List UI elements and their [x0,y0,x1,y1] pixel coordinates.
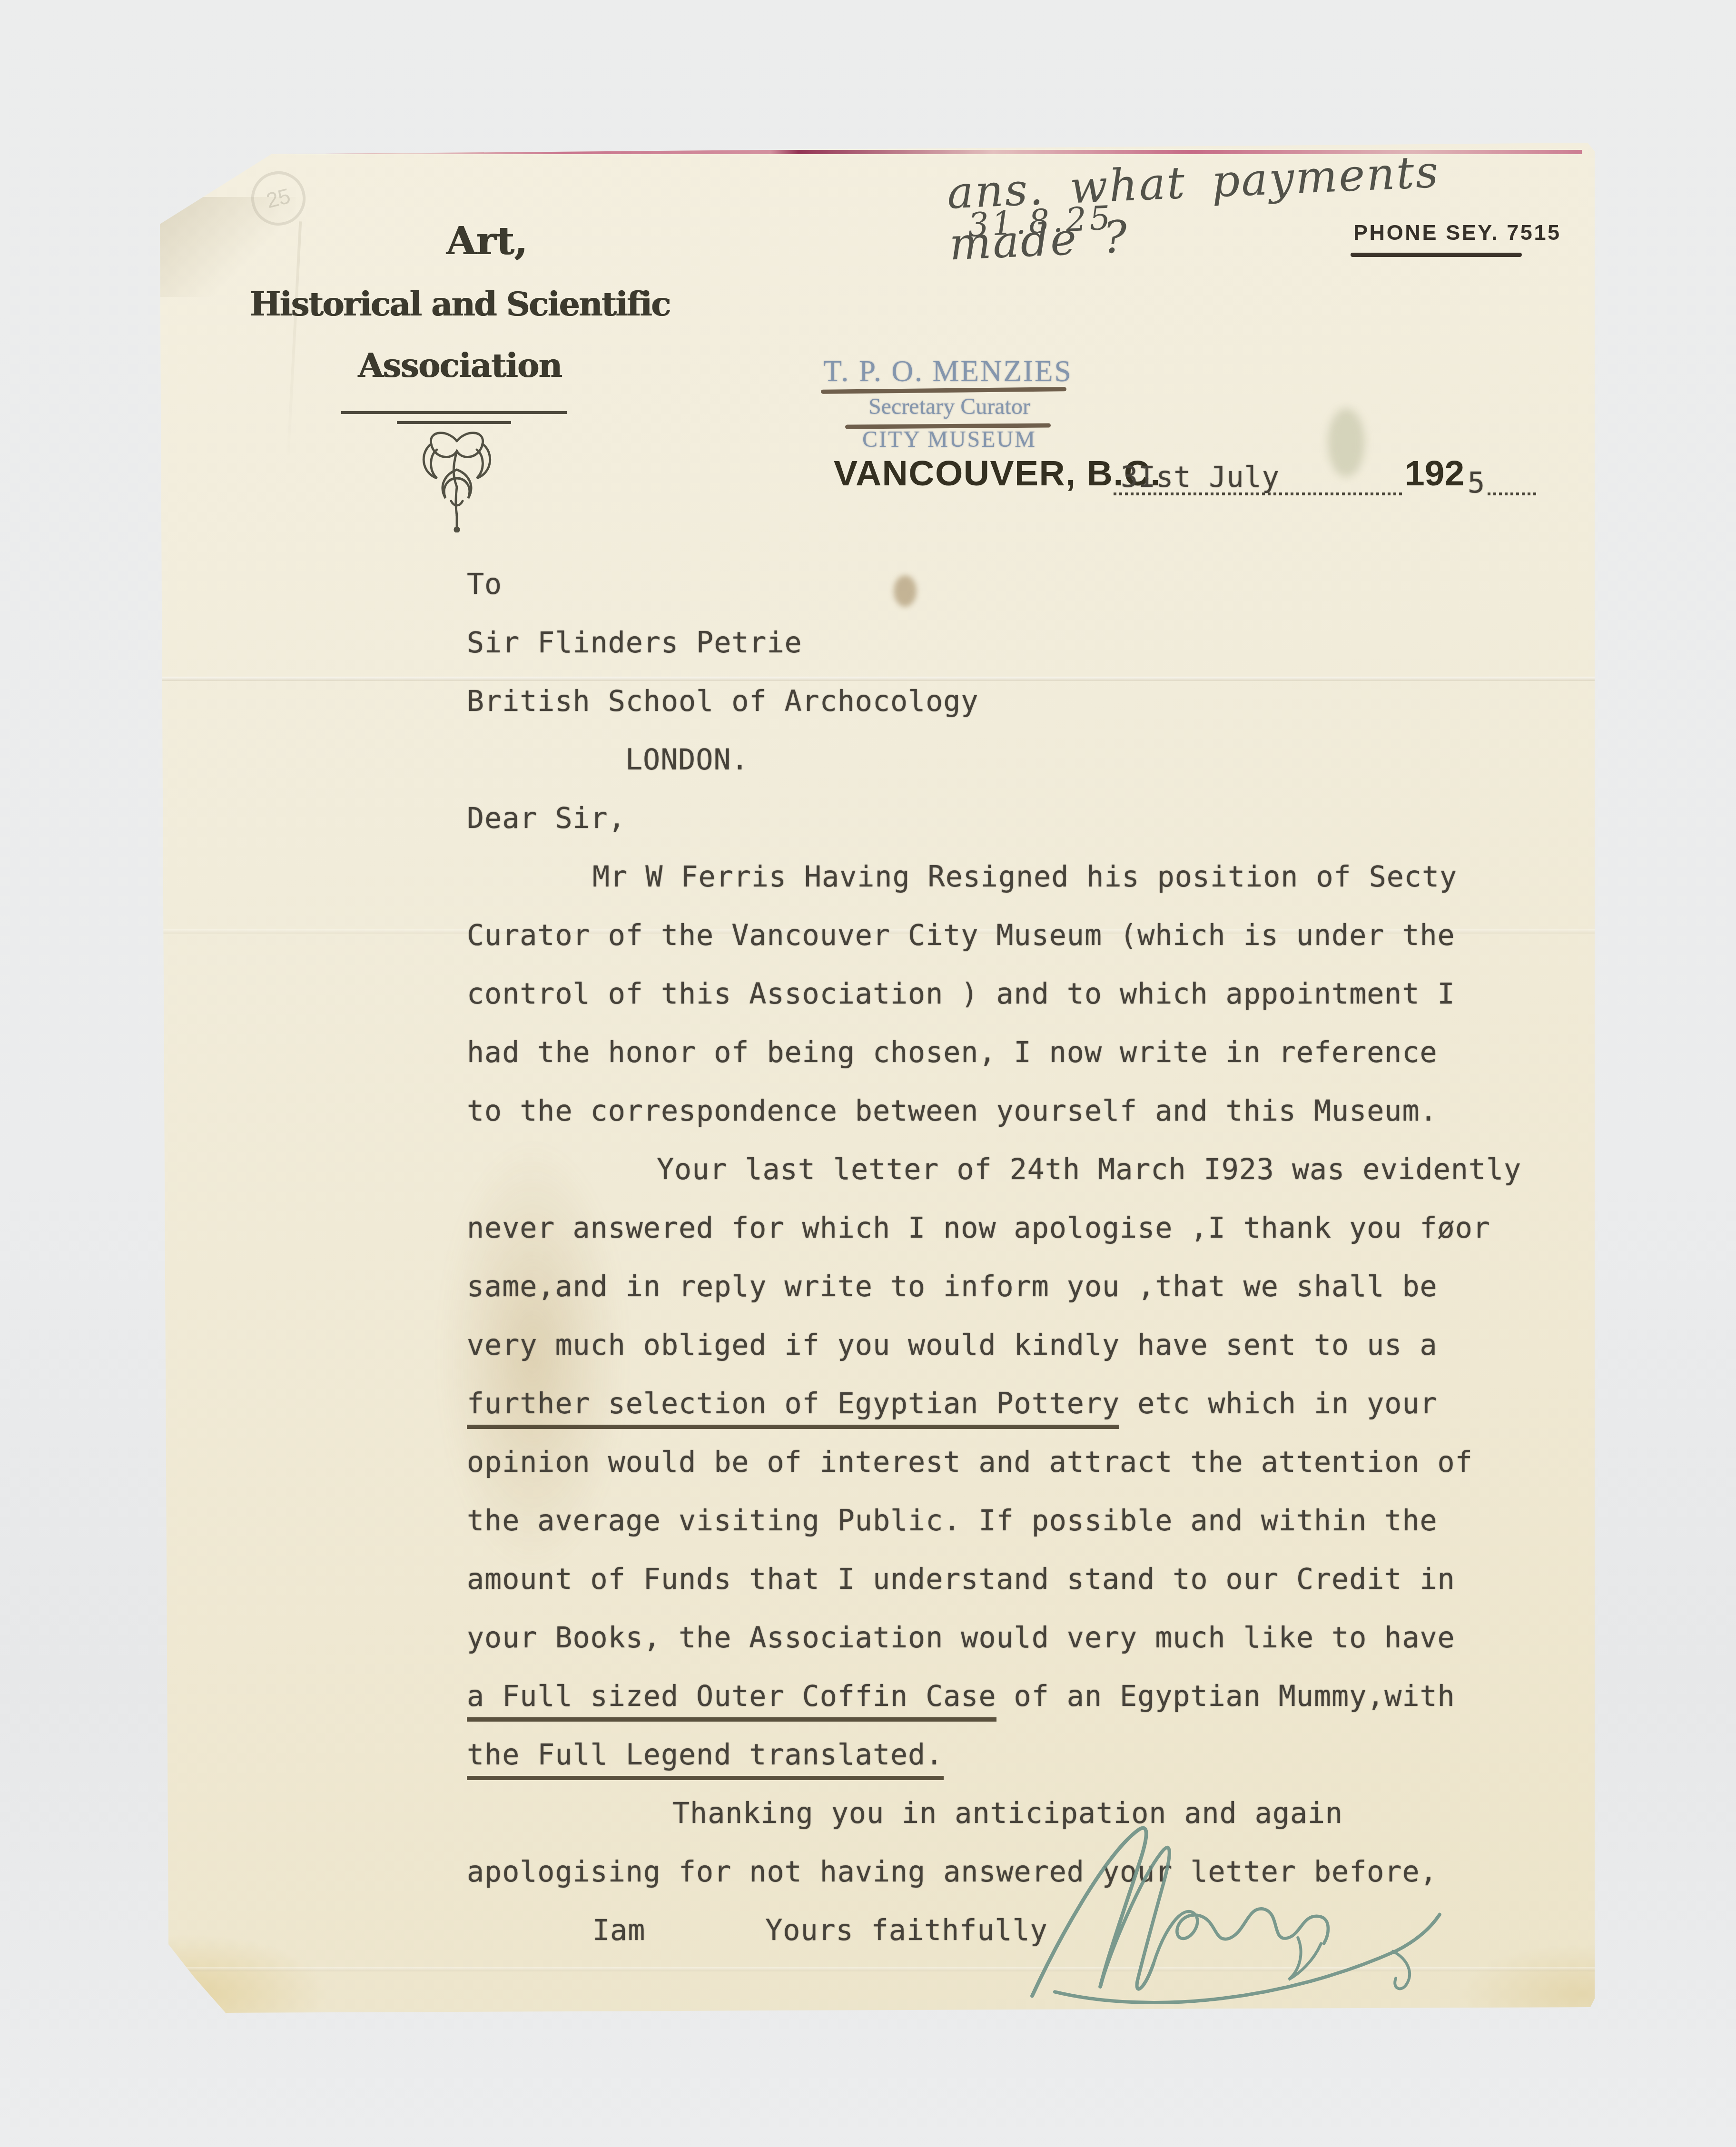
letterhead-org-line3: Association [210,347,710,385]
dateline-dotted-leader [1488,492,1536,495]
body-line: had the honor of being chosen, I now wri… [467,1024,1552,1082]
dateline-year-typed: 5 [1468,465,1485,500]
dateline-year-printed: 192 [1405,454,1464,495]
handwritten-note-date: 31.8.25 [967,200,1114,245]
letterhead-org-line1: Art, [264,220,710,264]
body-line: the average visiting Public. If possible… [467,1492,1552,1550]
closing-valediction: Yours faithfully [645,1913,1047,1947]
stamp-underline [845,423,1051,428]
body-line-rest: of an Egyptian Mummy,with [996,1679,1455,1713]
letter-body: To Sir Flinders Petrie British School of… [467,555,1552,1960]
letter-page: 25 ans. what payments made ? 31.8.25 Pho… [160,143,1595,2013]
salutation: Dear Sir, [467,789,1552,848]
curator-stamp-title: Secretary Curator [842,395,1056,421]
letterhead: Art, Historical and Scientific Associati… [210,220,710,385]
body-line-underlined: further selection of Egyptian Pottery et… [467,1375,1552,1433]
underlined-phrase: the Full Legend translated. [467,1737,943,1780]
recipient-name: Sir Flinders Petrie [467,614,1552,672]
dateline-dotted-leader [1114,492,1402,495]
body-line: very much obliged if you would kindly ha… [467,1316,1552,1375]
body-line: Mr W Ferris Having Resigned his position… [467,848,1552,906]
signature-autograph [1012,1803,1492,2013]
body-line: same,and in reply write to inform you ,t… [467,1258,1552,1316]
body-line: Your last letter of 24th March I923 was … [467,1141,1552,1199]
letterhead-rule [341,411,567,414]
body-line-underlined: a Full sized Outer Coffin Case of an Egy… [467,1667,1552,1726]
floral-flourish-icon [414,427,500,532]
underlined-phrase: further selection of Egyptian Pottery [467,1386,1120,1429]
recipient-city: LONDON. [467,731,1552,789]
scanned-letter-viewport: 25 ans. what payments made ? 31.8.25 Pho… [0,0,1736,2147]
dateline-typed-date: 3Ist July [1121,460,1280,494]
recipient-org: British School of Archocology [467,672,1552,731]
phone-number: Phone Sey. 7515 [1353,221,1561,246]
body-line: amount of Funds that I understand stand … [467,1550,1552,1609]
phone-underline [1351,253,1522,257]
closing-iam: Iam [467,1913,645,1947]
underlined-phrase: a Full sized Outer Coffin Case [467,1679,996,1722]
body-line: opinion would be of interest and attract… [467,1433,1552,1492]
body-line: control of this Association ) and to whi… [467,965,1552,1024]
body-line-rest: etc which in your [1120,1386,1438,1420]
curator-stamp-name: T. P. O. MENZIES [819,354,1076,390]
recipient-to: To [467,555,1552,614]
stain-smudge [1328,408,1365,477]
body-line: your Books, the Association would very m… [467,1609,1552,1667]
body-line: Curator of the Vancouver City Museum (wh… [467,906,1552,965]
curator-stamp-org: CITY MUSEUM [842,428,1056,454]
body-line: never answered for which I now apologise… [467,1199,1552,1258]
body-line-underlined: the Full Legend translated. [467,1726,1552,1784]
scan-background: 25 ans. what payments made ? 31.8.25 Pho… [0,0,1736,2147]
letterhead-rule-short [397,421,511,423]
letterhead-org-line2: Historical and Scientific [210,286,710,324]
dateline-place: VANCOUVER, B.C. [834,454,1161,495]
body-line: to the correspondence between yourself a… [467,1082,1552,1141]
